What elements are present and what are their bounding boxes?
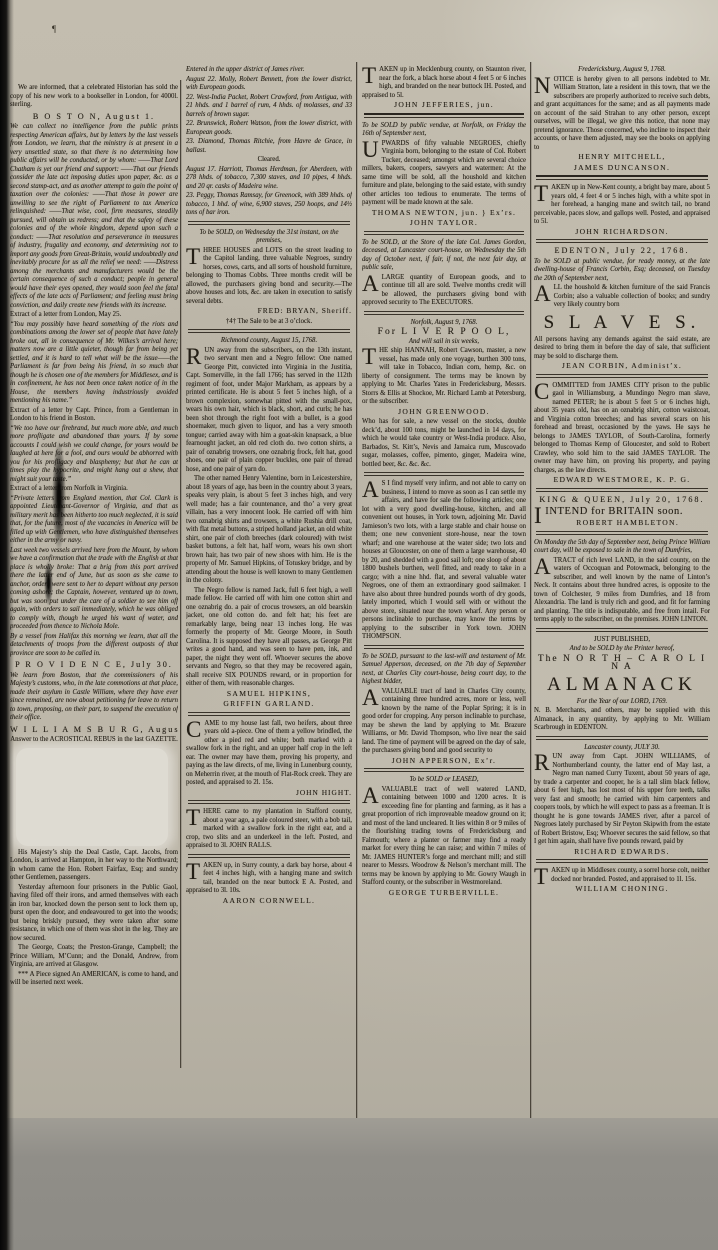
- tucker-negroes-ad: UPWARDS of fifty valuable NEGROES, chief…: [362, 140, 526, 208]
- richmond-dateline: Richmond county, August 15, 1768.: [186, 337, 352, 346]
- sheriff-signature: FRED: BRYAN, Sheriff.: [186, 307, 352, 316]
- almanack-display: ALMANACK: [534, 674, 710, 696]
- ink-smudge-small: [44, 560, 53, 606]
- almanack-nb: N. B. Merchants, and others, may be supp…: [534, 707, 710, 733]
- middlesex-colt-ad: TAKEN up in Middlesex county, a sorrel h…: [534, 867, 710, 884]
- jack-description: The Negro fellow is named Jack, full 6 f…: [186, 587, 352, 689]
- separator: [536, 531, 708, 535]
- column-2: Entered in the upper district of James r…: [186, 66, 352, 1122]
- jean-corbin-signature: JEAN CORBIN, Administ’x.: [534, 362, 710, 371]
- jefferies-signature: JOHN JEFFERIES, jun.: [362, 101, 526, 110]
- ship-hannah-ad-dropcap: T: [362, 347, 379, 365]
- separator: [364, 472, 524, 476]
- entries-heading: Entered in the upper district of James r…: [186, 66, 352, 75]
- apperson-signature: JOHN APPERSON, Ex’r.: [362, 757, 526, 766]
- cleared-heading: Cleared.: [186, 156, 352, 165]
- corbin-demands-note: All persons having any demands against t…: [534, 336, 710, 362]
- entry-diamond: 23. Diamond, Thomas Ritchie, from Havre …: [186, 138, 352, 155]
- curry-tuxent-runaway-ad: RUN away from Capt. JOHN WILLIAMS, of No…: [534, 753, 710, 847]
- apperson-sale-preamble: To be SOLD, pursuant to the last-will an…: [362, 653, 526, 687]
- boston-dateline: B O S T O N, August 1.: [10, 113, 178, 122]
- column-4: Fredericksburg, August 9, 1768.NOTICE is…: [534, 66, 710, 1122]
- slaves-display: S L A V E S.: [534, 312, 710, 334]
- stratton-notice-ad-dropcap: N: [534, 76, 554, 94]
- prince-letter-heading: Extract of a letter by Capt. Prince, fro…: [10, 407, 178, 424]
- hight-signature: JOHN HIGHT.: [186, 789, 352, 798]
- separator: [536, 859, 708, 863]
- separator: [188, 712, 350, 716]
- westmore-signature: EDWARD WESTMORE, K. P. G.: [534, 476, 710, 485]
- taylor-signature: JOHN TAYLOR.: [362, 219, 526, 228]
- providence-dateline: P R O V I D E N C E, July 30.: [10, 661, 178, 670]
- hambleton-signature: ROBERT HAMBLETON.: [534, 519, 710, 528]
- garland-signature: GRIFFIN GARLAND.: [186, 700, 352, 709]
- mecklenburg-horse-ad: TAKEN up in Mecklenburg county, on Staun…: [362, 66, 526, 100]
- edenton-dateline: EDENTON, July 22, 1768.: [534, 247, 710, 256]
- entry-west-india-packet: 22. West-India Packet, Robert Crawford, …: [186, 94, 352, 120]
- greenwood-for-sale: Who has for sale, a new vessel on the st…: [362, 418, 526, 469]
- stratton-notice-ad: NOTICE is hereby given to all persons in…: [534, 76, 710, 153]
- column-divider-1: [180, 80, 181, 1068]
- binding-edge: [0, 0, 14, 1250]
- stray-heifers-ad-dropcap: C: [186, 720, 204, 738]
- historian-note: We are informed, that a celebrated Histo…: [10, 84, 178, 110]
- gordon-store-preamble: To be SOLD, at the Store of the late Col…: [362, 239, 526, 273]
- separator: [536, 628, 708, 632]
- cobbs-sale-preamble: To be SOLD, on Wednesday the 31st instan…: [186, 229, 352, 246]
- fredericksburg-dateline: Fredericksburg, August 9, 1768.: [534, 66, 710, 75]
- page-mark: ¶: [52, 24, 56, 34]
- almanack-year: For the Year of our LORD, 1769.: [534, 698, 710, 707]
- rebus-answer-heading: Answer to the ACROSTICAL REBUS in the la…: [10, 736, 178, 745]
- greenwood-signature: JOHN GREENWOOD.: [362, 408, 526, 417]
- separator: [364, 231, 524, 235]
- thompson-infirm-ad: AS I find myself very infirm, and not ab…: [362, 480, 526, 642]
- stray-steer-ad: THERE came to my plantation in Stafford …: [186, 808, 352, 851]
- stray-heifers-ad: CAME to my house last fall, two heifers,…: [186, 720, 352, 788]
- separator: [536, 488, 708, 492]
- mecklenburg-horse-ad-dropcap: T: [362, 66, 379, 84]
- curry-tuxent-runaway-ad-dropcap: R: [534, 753, 552, 771]
- lintons-neck-ad-dropcap: A: [534, 557, 554, 575]
- ink-smudge: [52, 440, 66, 552]
- tucker-negroes-ad-dropcap: U: [362, 140, 382, 158]
- watered-land-ad-dropcap: A: [362, 786, 382, 804]
- corbin-sale-preamble: To be SOLD at public vendue, for ready m…: [534, 258, 710, 284]
- boston-news: We can collect no intelligence from the …: [10, 123, 178, 310]
- cornwell-signature: AARON CORNWELL.: [186, 897, 352, 906]
- prince-letter: “We too have our firebrand, but much mor…: [10, 425, 178, 485]
- edwards-signature: RICHARD EDWARDS.: [534, 848, 710, 857]
- separator: [536, 175, 708, 180]
- column-divider-2: [356, 62, 357, 1122]
- separator: [188, 329, 350, 333]
- separator: [188, 854, 350, 858]
- printer-note: And to be SOLD by the Printer hereof,: [534, 645, 710, 654]
- intend-britain-notice: I INTEND for BRITAIN soon.: [534, 506, 710, 518]
- runaway-servants-ad: RUN away from the subscribers, on the 13…: [186, 347, 352, 475]
- separator: [364, 311, 524, 315]
- european-goods-ad-dropcap: A: [362, 274, 382, 292]
- committed-peter-ad-dropcap: C: [534, 382, 552, 400]
- mitchell-signature: HENRY MITCHELL,: [534, 153, 710, 162]
- faded-blank-patch: [16, 748, 168, 846]
- glasgow-arrivals: The George, Coats; the Preston-Grange, C…: [10, 944, 178, 970]
- ship-hannah-ad: THE ship HANNAH, Robert Cawson, master, …: [362, 347, 526, 407]
- american-piece-note: *** A Piece signed An AMERICAN, is come …: [10, 971, 178, 988]
- liverpool-heading: For L I V E R P O O L,: [362, 328, 526, 337]
- entry-molly: August 22. Molly, Robert Bennett, from t…: [186, 76, 352, 93]
- cleared-peggy: 23. Peggy, Thomas Ramsay, for Greenock, …: [186, 192, 352, 218]
- separator: [536, 374, 708, 378]
- norfolk-dateline: Norfolk, August 9, 1768.: [362, 319, 526, 328]
- runaway-servants-ad-dropcap: R: [186, 347, 204, 365]
- newton-signature: THOMAS NEWTON, jun. } Ex’rs.: [362, 209, 526, 218]
- corbin-furniture-ad-dropcap: A: [534, 284, 554, 302]
- cleared-harriott: August 17. Harriott, Thomas Herdman, for…: [186, 166, 352, 192]
- henry-valentine-description: The other named Henry Valentine, born in…: [186, 475, 352, 586]
- cobbs-sale-ad: THREE HOUSES and LOTS on the street lead…: [186, 247, 352, 307]
- london-letter-heading: Extract of a letter from London, May 25.: [10, 311, 178, 320]
- separator: [536, 736, 708, 740]
- king-queen-dateline: KING & QUEEN, July 20, 1768.: [534, 496, 710, 505]
- dumfries-sale-preamble: On Monday the 5th day of September next,…: [534, 539, 710, 556]
- intend-britain-notice-dropcap: I: [534, 506, 545, 524]
- stray-steer-ad-dropcap: T: [186, 808, 203, 826]
- norfolk-letter: “Private letters from England mention, t…: [10, 495, 178, 546]
- north-carolina-heading: The N O R T H – C A R O L I N A: [534, 655, 710, 672]
- london-letter: “You may possibly have heard something o…: [10, 321, 178, 406]
- halifax-news: By a vessel from Halifax this morning we…: [10, 633, 178, 659]
- norfolk-letter-heading: Extract of a letter from Norfolk in Virg…: [10, 485, 178, 494]
- separator: [364, 768, 524, 772]
- cobbs-sale-ad-dropcap: T: [186, 247, 203, 265]
- duncanson-signature: JAMES DUNCANSON.: [534, 164, 710, 173]
- separator: [188, 221, 350, 225]
- column-3: TAKEN up in Mecklenburg county, on Staun…: [362, 66, 526, 1122]
- hipkins-signature: SAMUEL HIPKINS,: [186, 690, 352, 699]
- new-kent-mare-ad: TAKEN up in New-Kent county, a bright ba…: [534, 184, 710, 227]
- separator: [364, 113, 524, 118]
- surry-horse-ad: TAKEN up, in Surry county, a dark bay ho…: [186, 862, 352, 896]
- column-divider-3: [530, 62, 531, 1122]
- separator: [536, 239, 708, 243]
- bottom-margin: [0, 1118, 718, 1250]
- sail-note: And will sail in six weeks,: [362, 338, 526, 347]
- sale-time-note: †4† The Sale to be at 3 o’clock.: [186, 318, 352, 327]
- middlesex-colt-ad-dropcap: T: [534, 867, 551, 885]
- lancaster-dateline: Lancaster county, JULY 30.: [534, 744, 710, 753]
- providence-news: We learn from Boston, that the commissio…: [10, 672, 178, 723]
- entry-brunswick: 22. Brunswick, Robert Watson, from the l…: [186, 120, 352, 137]
- surry-horse-ad-dropcap: T: [186, 862, 203, 880]
- corbin-furniture-ad: ALL the houshold & kitchen furniture of …: [534, 284, 710, 310]
- deal-castle-news: His Majesty’s ship the Deal Castle, Capt…: [10, 849, 178, 883]
- column-1: We are informed, that a celebrated Histo…: [10, 84, 178, 1084]
- newspaper-page: ¶ We are informed, that a celebrated His…: [0, 0, 718, 1250]
- mount-trade-news: Last week two vessels arrived here from …: [10, 547, 178, 632]
- watered-land-ad: A VALUABLE tract of well watered LAND, c…: [362, 786, 526, 888]
- gaol-escape-news: Yesterday afternoon four prisoners in th…: [10, 884, 178, 944]
- new-kent-mare-ad-dropcap: T: [534, 184, 551, 202]
- separator: [364, 645, 524, 649]
- committed-peter-ad: COMMITTED from JAMES CITY prison to the …: [534, 382, 710, 476]
- just-published-heading: JUST PUBLISHED,: [534, 636, 710, 645]
- poplar-spring-ad: A VALUABLE tract of land in Charles City…: [362, 688, 526, 756]
- williamsburg-dateline: W I L L I A M S B U R G, August 25.: [10, 726, 178, 735]
- separator: [188, 800, 350, 804]
- sold-or-leased-heading: To be SOLD or LEASED,: [362, 776, 526, 785]
- european-goods-ad: A LARGE quantity of European goods, and …: [362, 274, 526, 308]
- choning-signature: WILLIAM CHONING.: [534, 885, 710, 894]
- thompson-infirm-ad-dropcap: A: [362, 480, 382, 498]
- tucker-sale-preamble: To be SOLD by public vendue, at Norfolk,…: [362, 122, 526, 139]
- lintons-neck-ad: A TRACT of rich level LAND, in the said …: [534, 557, 710, 625]
- turberville-signature: GEORGE TURBERVILLE.: [362, 889, 526, 898]
- poplar-spring-ad-dropcap: A: [362, 688, 382, 706]
- richardson-signature: JOHN RICHARDSON.: [534, 228, 710, 237]
